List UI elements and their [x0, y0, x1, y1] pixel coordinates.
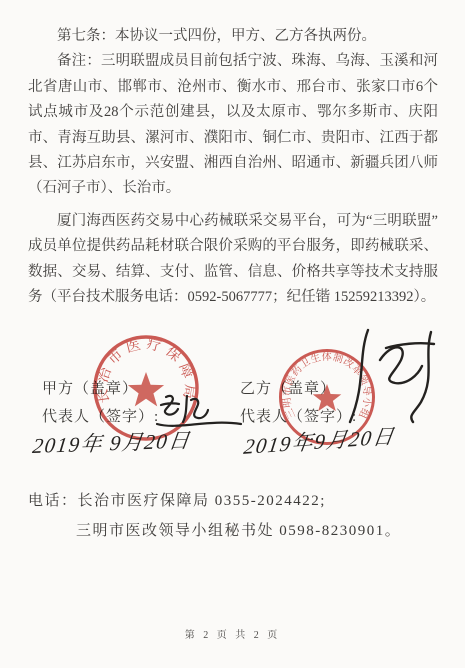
- agreement-line: 试点城市及28个示范创建县，以及太原市、鄂尔多斯市、庆阳: [28, 100, 438, 125]
- document-page: 第七条：本协议一式四份，甲方、乙方各执两份。 备注：三明联盟成员目前包括宁波、珠…: [0, 0, 465, 668]
- agreement-line: 成员单位提供药品耗材联合限价采购的平台服务，即药械联采、: [28, 234, 438, 259]
- agreement-line: 数据、交易、结算、支付、监管、信息、价格共享等技术支持服: [28, 260, 438, 285]
- agreement-line: （石河子市）、长治市。: [28, 176, 438, 201]
- agreement-body: 第七条：本协议一式四份，甲方、乙方各执两份。 备注：三明联盟成员目前包括宁波、珠…: [28, 24, 438, 310]
- agreement-line: 厦门海西医药交易中心药械联采交易平台，可为“三明联盟”: [28, 209, 438, 234]
- agreement-line: 务（平台技术服务电话：0592-5067777；纪任锴 15259213392）…: [28, 285, 438, 310]
- contact-phone-line-2: 三明市医改领导小组秘书处 0598-8230901。: [76, 519, 401, 540]
- agreement-line: 第七条：本协议一式四份，甲方、乙方各执两份。: [28, 24, 438, 49]
- agreement-line: 县、江苏启东市，兴安盟、湘西自治州、昭通市、新疆兵团八师: [28, 151, 438, 176]
- agreement-line: 北省唐山市、邯郸市、沧州市、衡水市、邢台市、张家口市6个: [28, 75, 438, 100]
- agreement-line: 备注：三明联盟成员目前包括宁波、珠海、乌海、玉溪和河: [28, 49, 438, 74]
- star-icon: [313, 384, 342, 411]
- agreement-line: 市、青海互助县、漯河市、濮阳市、铜仁市、贵阳市、江西于都: [28, 126, 438, 151]
- party-a-signature: [150, 392, 245, 437]
- party-b-signature: [338, 322, 450, 432]
- page-number: 第 2 页 共 2 页: [0, 626, 465, 641]
- contact-phone-line-1: 电话：长治市医疗保障局 0355-2024422;: [28, 489, 326, 510]
